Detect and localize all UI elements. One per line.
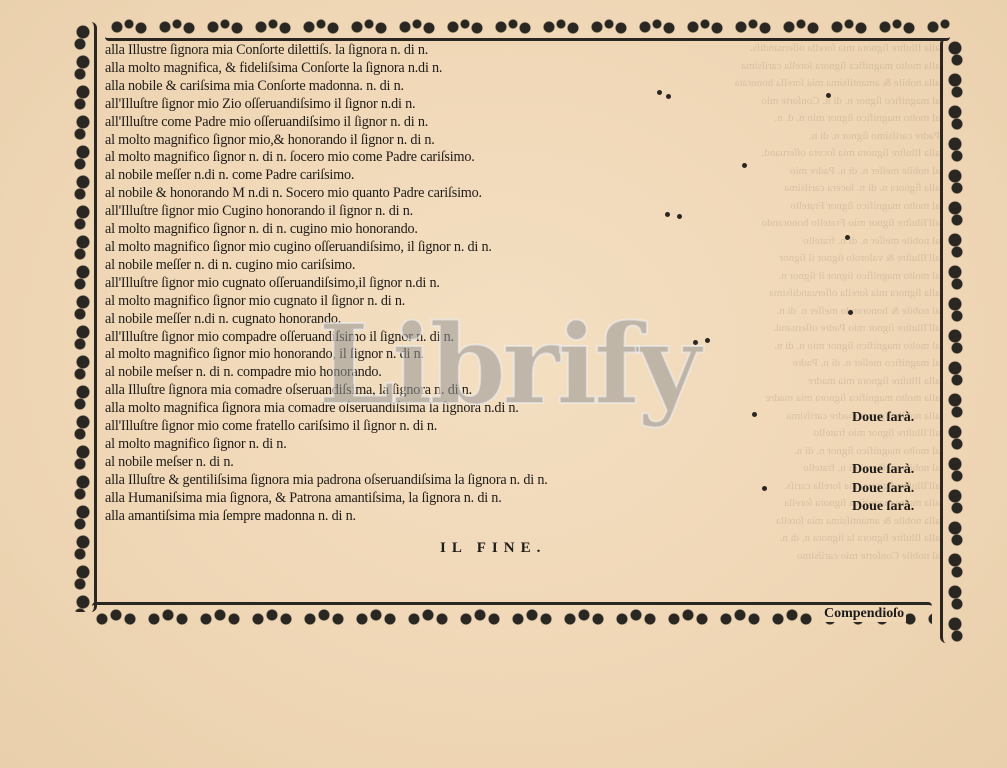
catchword: Compendioſo [822, 606, 906, 622]
text-line: al molto magnifico ſignor n. di n. ſocer… [105, 149, 805, 167]
side-note: Doue ſarà. [852, 499, 914, 515]
ink-speck [848, 310, 853, 315]
text-line: al molto magnifico ſignor n. di n. cugin… [105, 221, 805, 239]
side-note: Doue ſarà. [852, 481, 914, 497]
text-line: al nobile & honorando M n.di n. Socero m… [105, 185, 805, 203]
text-line: alla Humaniſsima mia ſignora, & Patrona … [105, 490, 805, 508]
ink-speck [845, 235, 850, 240]
text-line: all'Illuſtre come Padre mio oſſeruandiſs… [105, 114, 805, 132]
ink-speck [657, 90, 662, 95]
ornamental-border-bottom [92, 602, 932, 627]
text-line: all'Illuſtre ſignor mio Cugino honorando… [105, 203, 805, 221]
text-line: al nobile meſſer n. di n. cugino mio car… [105, 257, 805, 275]
ink-speck [752, 412, 757, 417]
ink-speck [665, 212, 670, 217]
closing-heading: IL FINE. [440, 540, 546, 557]
text-line: alla molto magnifica, & fideliſsima Conſ… [105, 60, 805, 78]
ink-speck [677, 214, 682, 219]
text-line: alla Illustre ſignora mia Conſorte dilet… [105, 42, 805, 60]
ink-speck [762, 486, 767, 491]
ornamental-border-right [940, 38, 967, 643]
text-line: al nobile meſſer n.di n. come Padre cari… [105, 167, 805, 185]
text-line: al nobile meſser n. di n. [105, 454, 805, 472]
text-line: all'Illuſtre ſignor mio cugnato oſſeruan… [105, 275, 805, 293]
ink-speck [666, 94, 671, 99]
watermark: Librify [318, 300, 697, 429]
text-line: al molto magnifico ſignor mio cugino oſſ… [105, 239, 805, 257]
text-line: al molto magnifico ſignor n. di n. [105, 436, 805, 454]
ink-speck [742, 163, 747, 168]
text-line: alla amantiſsima mia ſempre madonna n. d… [105, 508, 805, 526]
text-line: al molto magnifico ſignor mio,& honorand… [105, 132, 805, 150]
side-note: Doue ſarà. [852, 410, 914, 426]
ornamental-border-left [72, 22, 97, 612]
ornamental-border-top [105, 16, 950, 41]
text-line: alla nobile & cariſsima mia Conſorte mad… [105, 78, 805, 96]
side-note: Doue ſarà. [852, 462, 914, 478]
book-page: alla Illuſtre ſignora mia ſorella oſſeru… [0, 0, 1007, 768]
ink-speck [705, 338, 710, 343]
salutation-list: alla Illustre ſignora mia Conſorte dilet… [105, 42, 805, 525]
ink-speck [826, 93, 831, 98]
text-line: all'Illuſtre ſignor mio Zio oſſeruandiſs… [105, 96, 805, 114]
text-line: alla Illuſtre & gentiliſsima ſignora mia… [105, 472, 805, 490]
